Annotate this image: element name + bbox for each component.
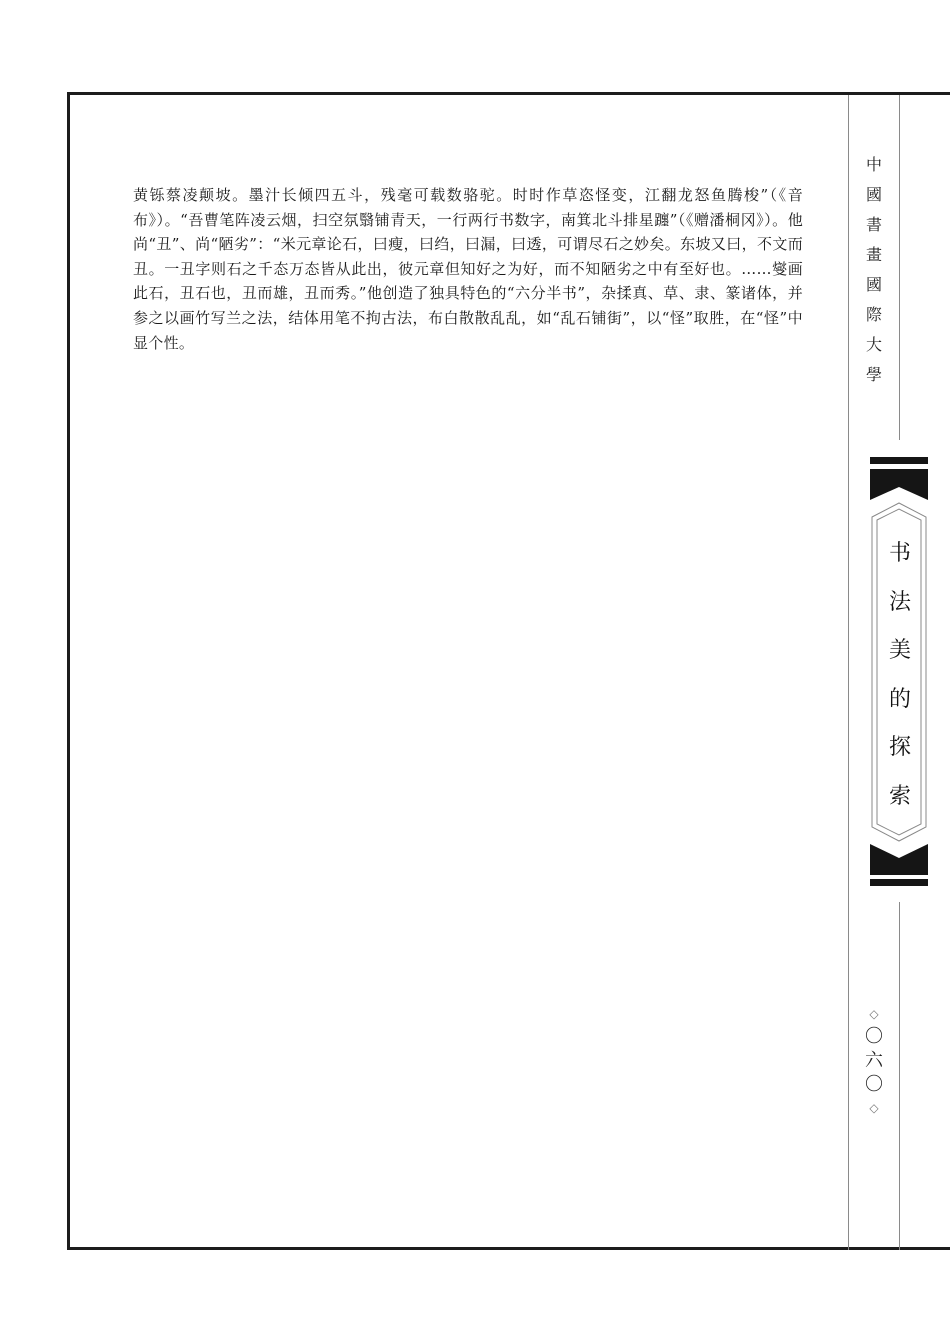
univ-char: 學 <box>856 360 892 390</box>
page-digit: 〇 <box>856 1025 892 1049</box>
sidebar-left-rule <box>848 95 849 1250</box>
diamond-ornament-icon: ◇ <box>856 1097 892 1119</box>
page-digit: 六 <box>856 1049 892 1073</box>
body-paragraph: 黄铄蔡凌颠坡。墨汁长倾四五斗，残毫可载数骆驼。时时作草恣怪变，江翻龙怒鱼腾梭”（… <box>133 183 803 355</box>
university-name-vertical: 中 國 書 畫 國 際 大 學 <box>856 150 892 390</box>
univ-char: 書 <box>856 210 892 240</box>
title-char: 书 <box>872 530 928 579</box>
univ-char: 際 <box>856 300 892 330</box>
page-digit: 〇 <box>856 1073 892 1097</box>
book-title-vertical: 书 法 美 的 探 索 <box>872 530 928 821</box>
univ-char: 中 <box>856 150 892 180</box>
title-char: 的 <box>872 676 928 725</box>
sidebar-right-rule-top <box>899 95 900 440</box>
title-char: 索 <box>872 773 928 822</box>
univ-char: 國 <box>856 180 892 210</box>
page-number: ◇ 〇 六 〇 ◇ <box>856 1003 892 1119</box>
univ-char: 大 <box>856 330 892 360</box>
title-char: 探 <box>872 724 928 773</box>
diamond-ornament-icon: ◇ <box>856 1003 892 1025</box>
univ-char: 國 <box>856 270 892 300</box>
title-char: 法 <box>872 579 928 628</box>
sidebar-right-rule-bottom <box>899 902 900 1250</box>
univ-char: 畫 <box>856 240 892 270</box>
title-char: 美 <box>872 627 928 676</box>
body-text: 黄铄蔡凌颠坡。墨汁长倾四五斗，残毫可载数骆驼。时时作草恣怪变，江翻龙怒鱼腾梭”（… <box>133 183 803 355</box>
